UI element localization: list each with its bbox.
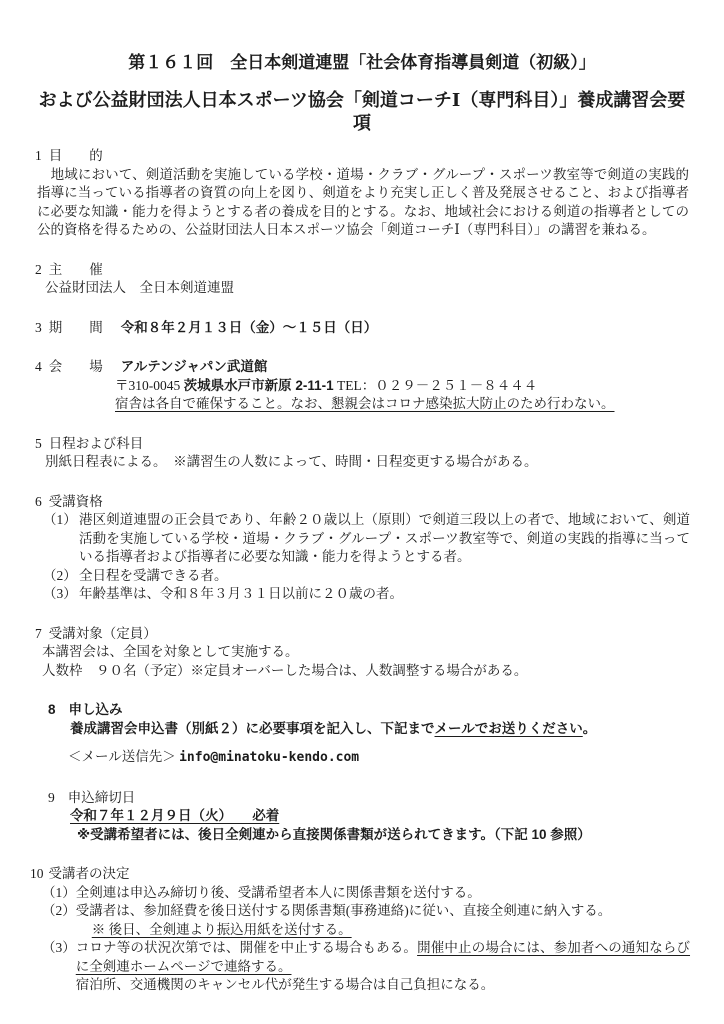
item-text: 全日程を受講できる者。 [79,567,694,586]
mail-address: info@minatoku-kendo.com [179,750,359,765]
application-text-period: 。 [583,721,597,736]
item-text: 港区剣道連盟の正会員であり、年齢２０歳以上（原則）で剣道三段以上の者で、地域にお… [79,511,694,567]
section-period-header: 3期 間令和８年２月１３日（金）～１５日（日） [35,319,694,338]
item-text: コロナ等の状況次第では、開催を中止する場合もある。開催中止の場合には、参加者への… [76,939,694,995]
capacity-count: 人数枠 ９０名（予定）※定員オーバーした場合は、人数調整する場合がある。 [42,662,694,681]
section-heading: 日程および科目 [49,436,144,451]
section-heading: 受講対象（定員） [49,626,157,641]
section-number: 3 [35,320,42,335]
selection-item-3: （3） コロナ等の状況次第では、開催を中止する場合もある。開催中止の場合には、参… [42,939,694,995]
section-heading: 会 場 [49,359,103,374]
schedule-note: 別紙日程表による。 ※講習生の人数によって、時間・日程変更する場合がある。 [45,453,694,472]
section-heading: 目 的 [49,148,103,163]
section-schedule-header: 5日程および科目 [35,435,694,454]
selection-item-2: （2） 受講者は、参加経費を後日送付する関係書類(事務連絡)に従い、直接全剣連に… [42,902,694,939]
section-heading: 申し込み [69,702,123,717]
section-number: 2 [35,262,42,277]
venue-tel: TEL：０２９－２５１－８４４４ [337,378,537,393]
deadline-date: 令和７年１２月９日（火） 必着 [70,808,279,823]
application-text: 養成講習会申込書（別紙２）に必要事項を記入し、下記まで [70,721,435,736]
section-selection-header: 10受講者の決定 [30,865,694,884]
section-number: 1 [35,148,42,163]
section-schedule: 5日程および科目 別紙日程表による。 ※講習生の人数によって、時間・日程変更する… [30,435,694,472]
section-eligibility: 6受講資格 （1） 港区剣道連盟の正会員であり、年齢２０歳以上（原則）で剣道三段… [30,493,694,604]
section-purpose: 1目 的 地域において、剣道活動を実施している学校・道場・クラブ・グループ・スポ… [30,147,694,240]
deadline-date-line: 令和７年１２月９日（火） 必着 [70,807,694,826]
transfer-note: ※ 後日、全剣連より振込用紙を送付する。 [92,921,690,940]
section-number: 9 [48,790,55,805]
section-capacity: 7受講対象（定員） 本講習会は、全国を対象として実施する。 人数枠 ９０名（予定… [30,625,694,681]
application-instructions: 養成講習会申込書（別紙２）に必要事項を記入し、下記までメールでお送りください。 [70,720,694,739]
eligibility-item-1: （1） 港区剣道連盟の正会員であり、年齢２０歳以上（原則）で剣道三段以上の者で、… [43,511,694,567]
application-text-underlined: メールでお送りください [435,721,583,736]
venue-name: アルテンジャパン武道館 [121,359,268,374]
section-number: 6 [35,494,42,509]
lodging-note: 宿舎は各自で確保すること。なお、懇親会はコロナ感染拡大防止のため行わない。 [115,396,615,411]
section-organizer-header: 2主 催 [35,261,694,280]
section-capacity-header: 7受講対象（定員） [35,625,694,644]
section-organizer: 2主 催 公益財団法人 全日本剣道連盟 [30,261,694,298]
purpose-text: 地域において、剣道活動を実施している学校・道場・クラブ・グループ・スポーツ教室等… [37,166,694,240]
venue-address-line: 〒310-0045 茨城県水戸市新原 2-11-1 TEL：０２９－２５１－８４… [115,377,694,396]
section-venue: 4会 場アルテンジャパン武道館 〒310-0045 茨城県水戸市新原 2-11-… [30,358,694,414]
section-number: 7 [35,626,42,641]
lodging-note-line: 宿舎は各自で確保すること。なお、懇親会はコロナ感染拡大防止のため行わない。 [115,395,694,414]
item-label: （3） [43,585,79,604]
section-heading: 期 間 [49,320,103,335]
section-heading: 主 催 [49,262,103,277]
cancellation-cost-note: 宿泊所、交通機関のキャンセル代が発生する場合は自己負担になる。 [76,976,690,995]
document-page: 第１６１回 全日本剣道連盟「社会体育指導員剣道（初級）」 および公益財団法人日本… [0,0,724,1024]
document-title-line1: 第１６１回 全日本剣道連盟「社会体育指導員剣道（初級）」 [30,52,694,74]
deadline-note: ※受講希望者には、後日全剣連から直接関係書類が送られてきます。（下記 10 参照… [77,826,694,845]
eligibility-item-2: （2） 全日程を受講できる者。 [43,567,694,586]
item-text-main: 受講者は、参加経費を後日送付する関係書類(事務連絡)に従い、直接全剣連に納入する… [76,903,612,918]
section-heading: 申込締切日 [68,790,136,805]
capacity-scope: 本講習会は、全国を対象として実施する。 [42,643,694,662]
section-number: 4 [35,359,42,374]
period-dates: 令和８年２月１３日（金）～１５日（日） [121,320,378,335]
item-text: 年齢基準は、令和８年３月３１日以前に２０歳の者。 [79,585,694,604]
postal-code: 〒310-0045 [115,378,180,393]
section-purpose-header: 1目 的 [35,147,694,166]
document-title-line2: および公益財団法人日本スポーツ協会「剣道コーチⅠ（専門科目）」養成講習会要項 [30,89,694,135]
item-label: （2） [43,567,79,586]
section-period: 3期 間令和８年２月１３日（金）～１５日（日） [30,319,694,338]
item-text: 受講者は、参加経費を後日送付する関係書類(事務連絡)に従い、直接全剣連に納入する… [76,902,694,939]
item-text: 全剣連は申込み締切り後、受講希望者本人に関係書類を送付する。 [76,884,694,903]
venue-address: 茨城県水戸市新原 2-11-1 [184,378,334,393]
item-label: （1） [42,884,76,903]
mail-destination-line: ＜メール送信先＞ info@minatoku-kendo.com [68,748,694,768]
section-number: 8 [48,702,56,717]
section-deadline-header: 9申込締切日 [48,789,694,808]
item-label: （2） [42,902,76,939]
mail-label: ＜メール送信先＞ [68,749,176,764]
section-deadline: 9申込締切日 令和７年１２月９日（火） 必着 ※受講希望者には、後日全剣連から直… [30,789,694,845]
section-venue-header: 4会 場アルテンジャパン武道館 [35,358,694,377]
section-heading: 受講資格 [49,494,103,509]
selection-item-1: （1） 全剣連は申込み締切り後、受講希望者本人に関係書類を送付する。 [42,884,694,903]
section-heading: 受講者の決定 [49,866,130,881]
section-eligibility-header: 6受講資格 [35,493,694,512]
item-label: （1） [43,511,79,567]
eligibility-item-3: （3） 年齢基準は、令和８年３月３１日以前に２０歳の者。 [43,585,694,604]
section-selection: 10受講者の決定 （1） 全剣連は申込み締切り後、受講希望者本人に関係書類を送付… [30,865,694,995]
item-label: （3） [42,939,76,995]
section-application-header: 8申し込み [48,701,694,720]
cancellation-text: コロナ等の状況次第では、開催を中止する場合もある。 [76,940,417,955]
organizer-name: 公益財団法人 全日本剣道連盟 [45,279,694,298]
section-application: 8申し込み 養成講習会申込書（別紙２）に必要事項を記入し、下記までメールでお送り… [30,701,694,768]
section-number: 5 [35,436,42,451]
section-number: 10 [30,866,44,881]
